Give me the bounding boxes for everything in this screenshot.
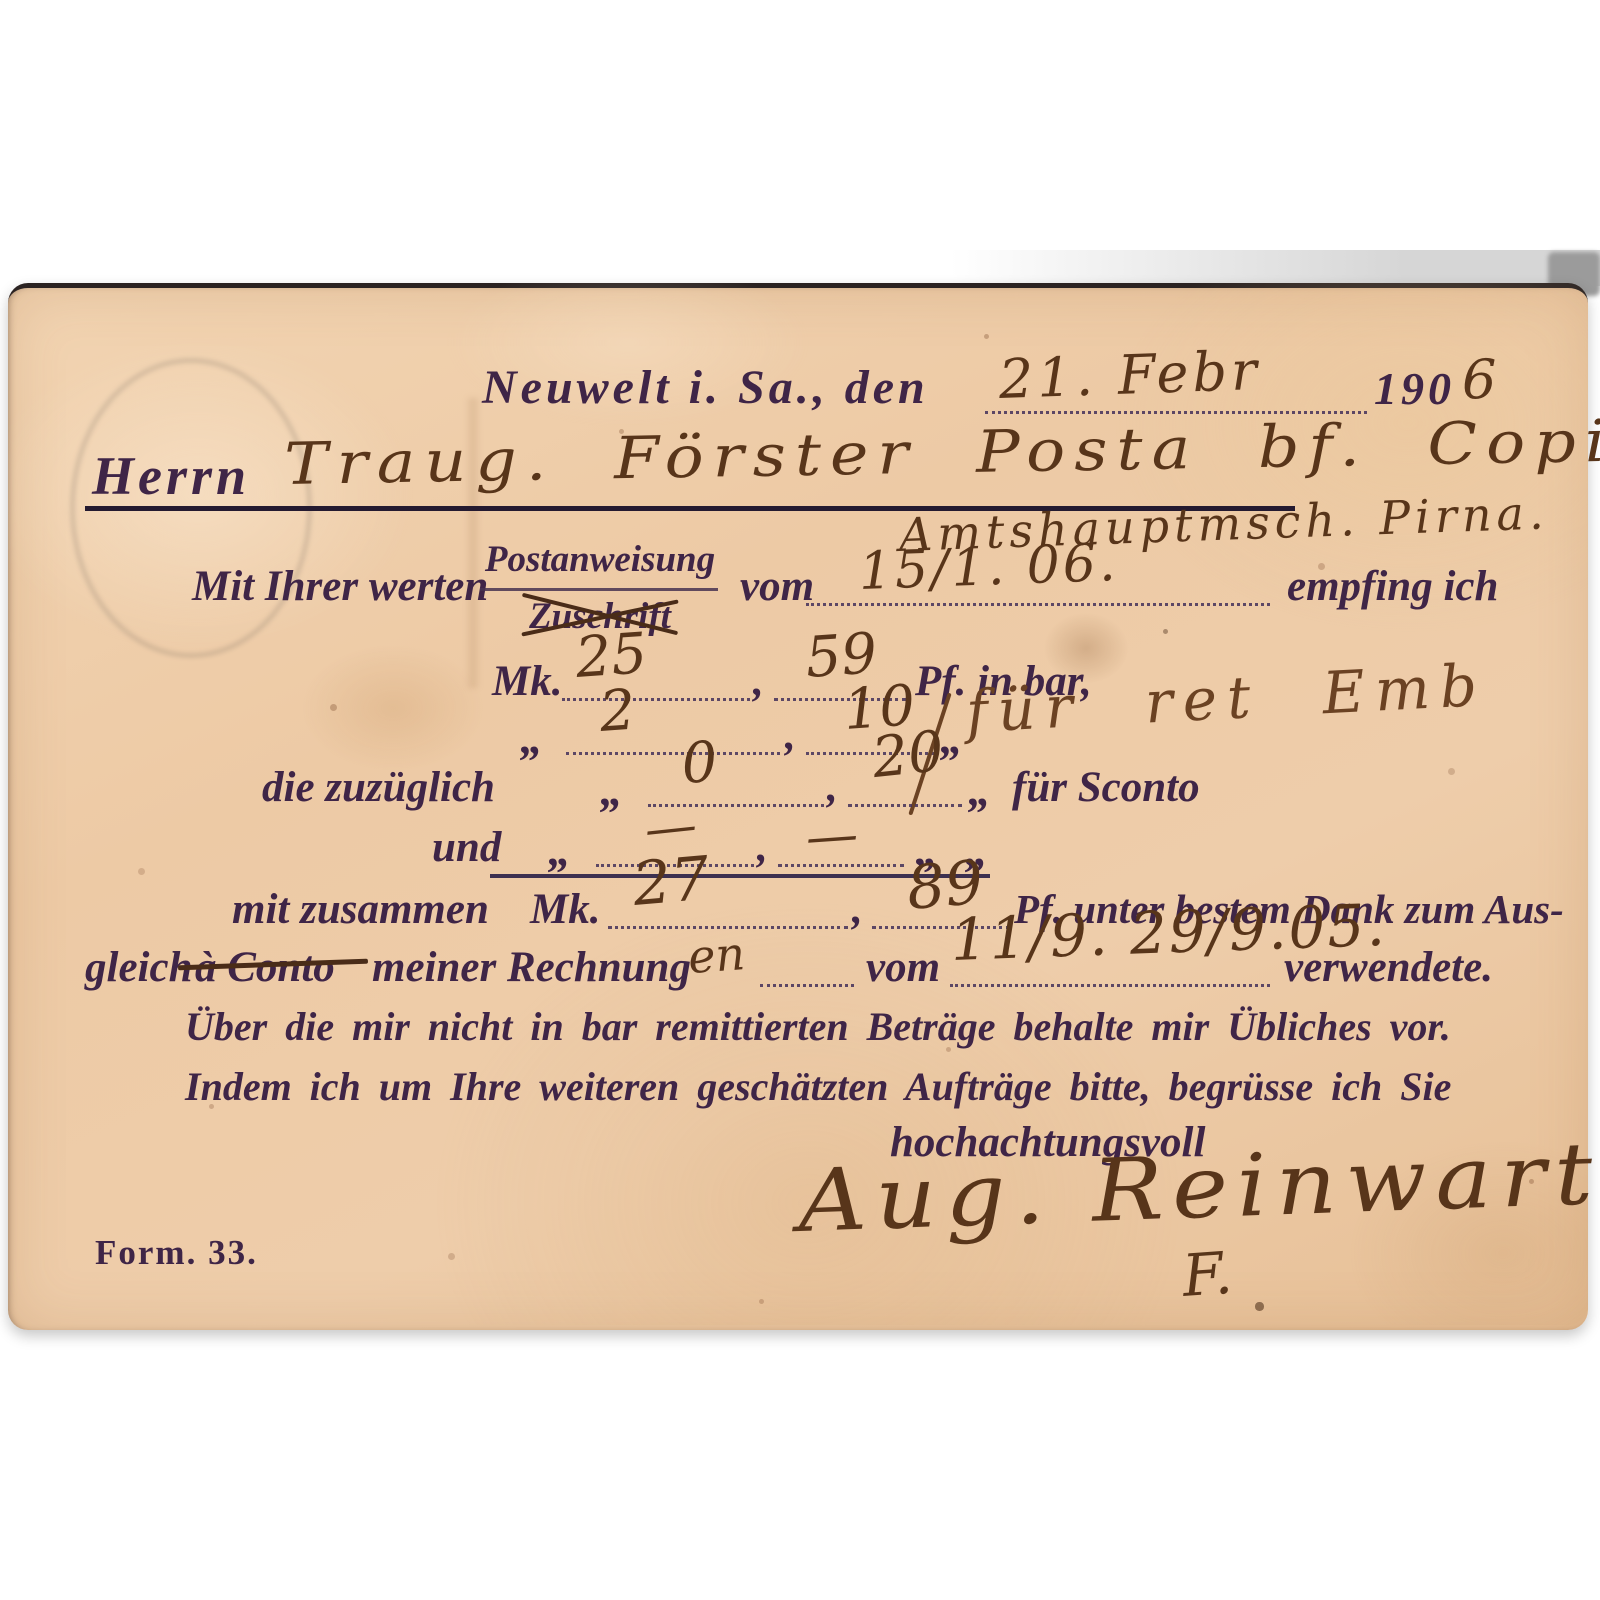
scanner-background-strip: [950, 250, 1600, 286]
reservation-line: Über die mir nicht in bar remittierten B…: [185, 1003, 1451, 1050]
settlement-plural-handwritten: en: [686, 926, 746, 984]
row4-label: und: [432, 823, 501, 872]
total-mk-label: Mk.: [530, 885, 600, 934]
intro-left: Mit Ihrer werten: [192, 562, 488, 611]
settlement-middle: meiner Rechnung: [372, 943, 691, 992]
row3-mark-handwritten: 0: [679, 730, 719, 797]
row2-quote-prefix: „: [520, 711, 543, 764]
scanned-postcard-page: Neuwelt i. Sa., den 21. Febr 190 6 Herrn…: [0, 0, 1600, 1600]
row2-dotted-mark: [566, 752, 780, 755]
row3-suffix: für Sconto: [1012, 763, 1200, 812]
form-number: Form. 33.: [95, 1233, 258, 1273]
addressee-salutation: Herrn: [92, 445, 250, 507]
total-comma: ,: [852, 885, 863, 934]
row3-comma: ,: [827, 763, 838, 812]
row1-comma: ,: [753, 657, 764, 706]
row1-mk-label: Mk.: [492, 657, 562, 706]
signature-initial-handwritten: F.: [1180, 1239, 1234, 1310]
paper-specks: [0, 0, 3, 3]
total-mark-handwritten: 27: [630, 844, 712, 920]
settlement-dotted-a: [760, 984, 854, 987]
row1-dotted-mark: [562, 698, 750, 701]
intro-date-handwritten: 15/1. 06.: [858, 533, 1119, 602]
row3-quote-prefix: „: [600, 763, 623, 816]
settlement-end: verwendete.: [1284, 943, 1493, 992]
dateline-place: Neuwelt i. Sa., den: [482, 360, 929, 415]
intro-dotted-line: [806, 603, 1270, 606]
dateline-year-printed: 190: [1374, 362, 1455, 415]
intro-right: empfing ich: [1287, 562, 1498, 611]
intro-fraction-rule: [480, 588, 718, 591]
row3-pfennig-handwritten: 20: [869, 719, 947, 791]
row4-comma: ,: [757, 823, 768, 872]
dateline-year-digit-handwritten: 6: [1462, 348, 1496, 411]
row4-quote-prefix: „: [548, 823, 571, 876]
row3-dotted-pfennig: [848, 804, 962, 807]
row2-mark-handwritten: 2: [597, 678, 637, 745]
settlement-vom: vom: [866, 943, 940, 992]
row3-label: die zuzüglich: [262, 763, 495, 812]
row2-comma: ,: [785, 711, 796, 760]
settlement-dotted-b: [950, 984, 1270, 987]
row4-pfennig-handwritten: —: [804, 805, 860, 868]
dateline-handwritten-date: 21. Febr: [998, 339, 1262, 411]
intro-vom: vom: [740, 562, 814, 611]
row3-quote-suffix: „: [968, 763, 991, 816]
request-line: Indem ich um Ihre weiteren geschätzten A…: [185, 1063, 1451, 1110]
intro-option-top: Postanweisung: [484, 538, 716, 581]
settlement-start: gleich: [85, 943, 192, 992]
total-label: mit zusammen: [232, 885, 489, 934]
